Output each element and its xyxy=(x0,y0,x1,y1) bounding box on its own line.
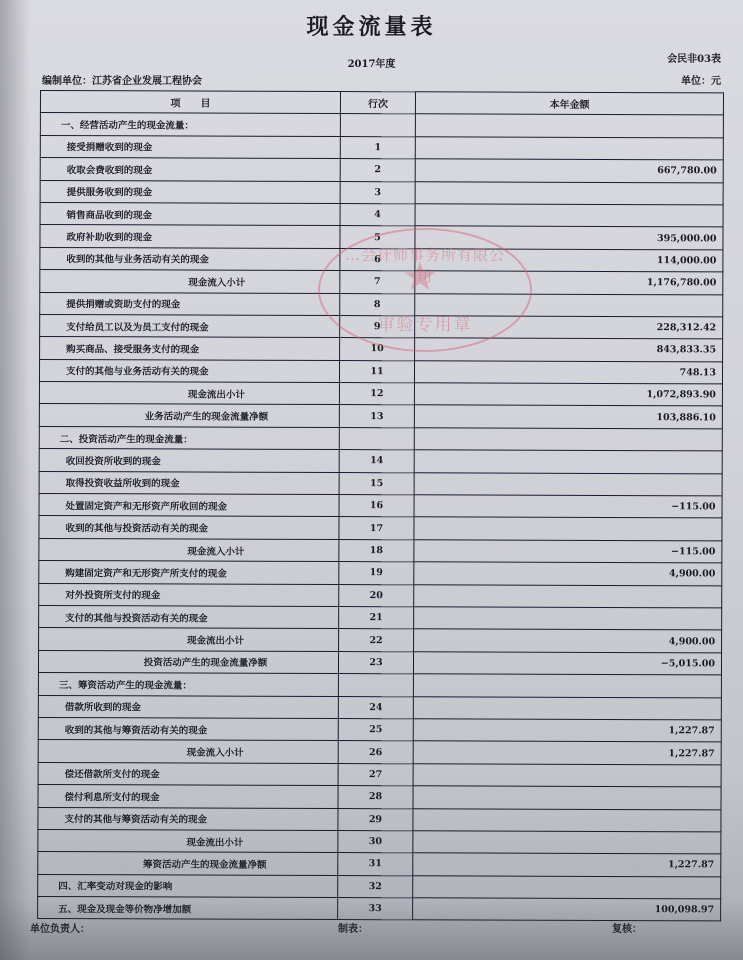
row-item: 收到的其他与业务活动有关的现金 xyxy=(40,247,340,270)
row-line-no: 27 xyxy=(338,763,413,786)
table-header-row: 项 目 行次 本年金额 xyxy=(40,91,723,116)
table-row: 支付的其他与筹资活动有关的现金29 xyxy=(38,807,721,832)
head-of-unit-label: 单位负责人： xyxy=(30,920,90,935)
row-amount xyxy=(413,831,721,854)
table-row: 二、投资活动产生的现金流量： xyxy=(39,426,722,451)
row-item: 现金流入小计 xyxy=(39,538,339,561)
row-line-no: 11 xyxy=(339,360,414,383)
row-line-no: 32 xyxy=(338,875,413,898)
row-line-no: 17 xyxy=(339,517,414,540)
row-amount: 1,227.87 xyxy=(413,719,721,742)
row-amount: 1,072,893.90 xyxy=(414,383,722,406)
row-item: 提供捐赠或资助支付的现金 xyxy=(40,292,340,315)
table-row: 取得投资收益所收到的现金15 xyxy=(39,471,722,496)
row-line-no: 31 xyxy=(338,853,413,876)
table-row: 销售商品收到的现金4 xyxy=(40,202,723,227)
table-row: 对外投资所支付的现金20 xyxy=(39,583,722,608)
document-title: 现金流量表 xyxy=(0,10,743,41)
row-line-no: 8 xyxy=(340,293,415,316)
row-line-no: 14 xyxy=(339,450,414,473)
row-item: 销售商品收到的现金 xyxy=(40,202,340,225)
row-line-no: 7 xyxy=(340,271,415,294)
row-item: 接受捐赠收到的现金 xyxy=(40,135,340,158)
row-item: 业务活动产生的现金流量净额 xyxy=(39,404,339,427)
preparer-org: 编制单位：江苏省企业发展工程协会 xyxy=(42,72,202,87)
row-line-no: 6 xyxy=(340,248,415,271)
row-item: 支付的其他与投资活动有关的现金 xyxy=(39,605,339,628)
row-amount xyxy=(414,450,722,473)
row-line-no: 22 xyxy=(339,629,414,652)
row-amount xyxy=(415,137,723,160)
row-amount xyxy=(413,764,721,787)
row-line-no: 2 xyxy=(340,159,415,182)
table-row: 收到的其他与筹资活动有关的现金251,227.87 xyxy=(38,717,721,742)
row-line-no: 1 xyxy=(340,136,415,159)
row-item: 支付的其他与业务活动有关的现金 xyxy=(39,359,339,382)
row-item: 收取会费收到的现金 xyxy=(40,158,340,181)
row-amount: 100,098.97 xyxy=(413,898,721,921)
row-item: 一、经营活动产生的现金流量： xyxy=(40,113,340,136)
row-item: 现金流出小计 xyxy=(39,628,339,651)
table-row: 现金流入小计71,176,780.00 xyxy=(40,270,723,295)
photo-shadow-left xyxy=(0,0,30,960)
row-item: 投资活动产生的现金流量净额 xyxy=(38,650,338,673)
row-amount xyxy=(413,808,721,831)
row-amount: −115.00 xyxy=(414,495,722,518)
row-line-no: 28 xyxy=(338,786,413,809)
table-row: 购建固定资产和无形资产所支付的现金194,900.00 xyxy=(39,561,722,586)
row-amount xyxy=(413,696,721,719)
row-amount: 1,227.87 xyxy=(413,853,721,876)
row-line-no: 4 xyxy=(340,204,415,227)
table-row: 政府补助收到的现金5395,000.00 xyxy=(40,225,723,250)
row-amount: −5,015.00 xyxy=(413,652,721,675)
row-line-no: 25 xyxy=(338,718,413,741)
table-row: 购买商品、接受服务支付的现金10843,833.35 xyxy=(40,337,723,362)
row-line-no: 12 xyxy=(339,383,414,406)
row-amount: 1,176,780.00 xyxy=(415,271,723,294)
row-item: 对外投资所支付的现金 xyxy=(39,583,339,606)
row-item: 购建固定资产和无形资产所支付的现金 xyxy=(39,561,339,584)
row-amount xyxy=(415,204,723,227)
row-item: 支付给员工以及为员工支付的现金 xyxy=(40,314,340,337)
row-item: 二、投资活动产生的现金流量： xyxy=(39,426,339,449)
table-row: 收回投资所收到的现金14 xyxy=(39,449,722,474)
row-item: 现金流入小计 xyxy=(40,270,340,293)
table-row: 投资活动产生的现金流量净额23−5,015.00 xyxy=(38,650,721,675)
table-row: 支付的其他与投资活动有关的现金21 xyxy=(39,605,722,630)
table-row: 接受捐赠收到的现金1 xyxy=(40,135,723,160)
row-line-no: 26 xyxy=(338,741,413,764)
row-line-no: 3 xyxy=(340,181,415,204)
table-row: 收取会费收到的现金2667,780.00 xyxy=(40,158,723,183)
row-line-no: 16 xyxy=(339,495,414,518)
table-row: 现金流出小计121,072,893.90 xyxy=(39,382,722,407)
table-row: 提供捐赠或资助支付的现金8 xyxy=(40,292,723,317)
row-item: 现金流出小计 xyxy=(38,829,338,852)
row-line-no: 21 xyxy=(339,607,414,630)
row-amount: 4,900.00 xyxy=(414,562,722,585)
row-line-no: 33 xyxy=(338,898,413,921)
form-code: 会民非03表 xyxy=(667,50,721,65)
row-item: 三、筹资活动产生的现金流量： xyxy=(38,673,338,696)
row-amount: 228,312.42 xyxy=(415,316,723,339)
reporting-period: 2017年度 xyxy=(0,55,743,70)
row-item: 收回投资所收到的现金 xyxy=(39,449,339,472)
header-line-no: 行次 xyxy=(340,92,415,115)
row-amount: 1,227.87 xyxy=(413,741,721,764)
row-line-no: 24 xyxy=(338,696,413,719)
row-line-no: 29 xyxy=(338,808,413,831)
table-row: 业务活动产生的现金流量净额13103,886.10 xyxy=(39,404,722,429)
row-item: 收到的其他与投资活动有关的现金 xyxy=(39,516,339,539)
row-line-no: 19 xyxy=(339,562,414,585)
row-item: 收到的其他与筹资活动有关的现金 xyxy=(38,717,338,740)
row-item: 处置固定资产和无形资产所收回的现金 xyxy=(39,494,339,517)
table-row: 收到的其他与业务活动有关的现金6114,000.00 xyxy=(40,247,723,272)
row-item: 偿付利息所支付的现金 xyxy=(38,785,338,808)
row-amount: 4,900.00 xyxy=(414,629,722,652)
row-line-no xyxy=(340,114,415,137)
row-line-no xyxy=(338,674,413,697)
row-amount: 114,000.00 xyxy=(415,249,723,272)
table-row: 借款所收到的现金24 xyxy=(38,695,721,720)
table-row: 支付给员工以及为员工支付的现金9228,312.42 xyxy=(40,314,723,339)
table-row: 处置固定资产和无形资产所收回的现金16−115.00 xyxy=(39,494,722,519)
row-item: 取得投资收益所收到的现金 xyxy=(39,471,339,494)
row-line-no: 13 xyxy=(339,405,414,428)
row-line-no: 18 xyxy=(339,539,414,562)
table-row: 支付的其他与业务活动有关的现金11748.13 xyxy=(39,359,722,384)
table-row: 三、筹资活动产生的现金流量： xyxy=(38,673,721,698)
reviewed-by-label: 复核： xyxy=(612,920,642,935)
table-row: 现金流出小计30 xyxy=(38,829,721,854)
row-amount xyxy=(413,786,721,809)
table-row: 收到的其他与投资活动有关的现金17 xyxy=(39,516,722,541)
table-row: 筹资活动产生的现金流量净额311,227.87 xyxy=(38,852,721,877)
row-amount: 395,000.00 xyxy=(415,226,723,249)
row-line-no: 30 xyxy=(338,830,413,853)
table-row: 四、汇率变动对现金的影响32 xyxy=(38,874,721,899)
row-amount: 103,886.10 xyxy=(414,405,722,428)
row-amount xyxy=(415,293,723,316)
row-item: 现金流出小计 xyxy=(39,382,339,405)
row-amount xyxy=(414,584,722,607)
row-item: 支付的其他与筹资活动有关的现金 xyxy=(38,807,338,830)
row-item: 四、汇率变动对现金的影响 xyxy=(38,874,338,897)
row-amount xyxy=(415,181,723,204)
row-line-no: 9 xyxy=(340,315,415,338)
table-row: 现金流入小计261,227.87 xyxy=(38,740,721,765)
row-item: 现金流入小计 xyxy=(38,740,338,763)
row-item: 购买商品、接受服务支付的现金 xyxy=(40,337,340,360)
currency-unit: 单位：元 xyxy=(681,72,721,87)
cash-flow-table: 项 目 行次 本年金额 一、经营活动产生的现金流量：接受捐赠收到的现金1收取会费… xyxy=(37,90,724,922)
row-amount xyxy=(414,428,722,451)
row-amount xyxy=(413,875,721,898)
row-item: 提供服务收到的现金 xyxy=(40,180,340,203)
row-line-no: 20 xyxy=(339,584,414,607)
row-item: 借款所收到的现金 xyxy=(38,695,338,718)
row-line-no: 5 xyxy=(340,226,415,249)
table-row: 现金流入小计18−115.00 xyxy=(39,538,722,563)
row-line-no: 15 xyxy=(339,472,414,495)
row-item: 筹资活动产生的现金流量净额 xyxy=(38,852,338,875)
row-item: 偿还借款所支付的现金 xyxy=(38,762,338,785)
row-item: 五、现金及现金等价物净增加额 xyxy=(38,897,338,920)
row-line-no xyxy=(339,427,414,450)
header-item: 项 目 xyxy=(40,91,340,114)
header-amount: 本年金额 xyxy=(415,92,723,115)
row-amount xyxy=(414,472,722,495)
row-amount xyxy=(414,517,722,540)
row-amount: 748.13 xyxy=(414,360,722,383)
row-amount xyxy=(414,607,722,630)
table-row: 偿付利息所支付的现金28 xyxy=(38,785,721,810)
table-row: 现金流出小计224,900.00 xyxy=(39,628,722,653)
table-row: 一、经营活动产生的现金流量： xyxy=(40,113,723,138)
row-line-no: 23 xyxy=(338,651,413,674)
prepared-by-label: 制表： xyxy=(338,920,368,935)
row-amount xyxy=(415,114,723,137)
row-amount: 667,780.00 xyxy=(415,159,723,182)
row-amount: 843,833.35 xyxy=(415,338,723,361)
row-line-no: 10 xyxy=(340,338,415,361)
table-row: 五、现金及现金等价物净增加额33100,098.97 xyxy=(38,897,721,922)
table-row: 偿还借款所支付的现金27 xyxy=(38,762,721,787)
row-amount xyxy=(413,674,721,697)
table-row: 提供服务收到的现金3 xyxy=(40,180,723,205)
row-amount: −115.00 xyxy=(414,540,722,563)
row-item: 政府补助收到的现金 xyxy=(40,225,340,248)
